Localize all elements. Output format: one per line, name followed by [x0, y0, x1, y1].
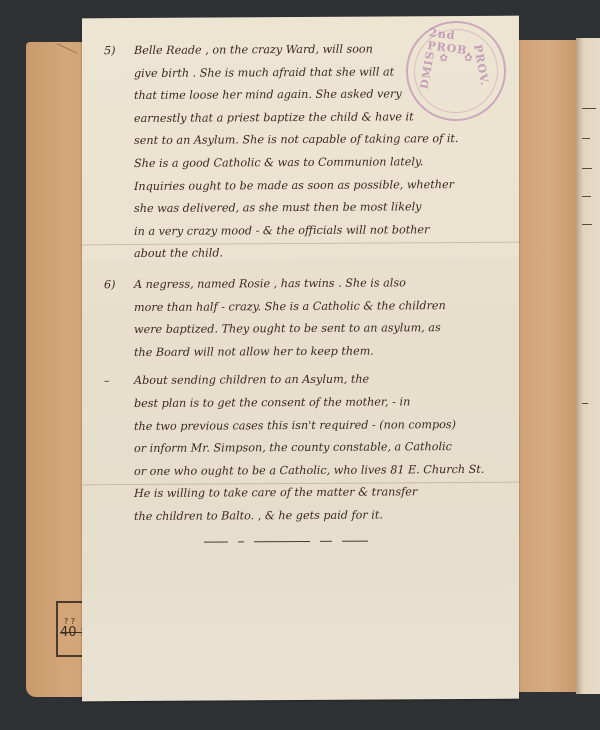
- text-line: the children to Balto. , & he gets paid …: [104, 504, 509, 529]
- text-line: or inform Mr. Simpson, the county consta…: [104, 436, 509, 461]
- text-line: earnestly that a priest baptize the chil…: [104, 106, 509, 131]
- text-line: she was delivered, as she must then be m…: [104, 196, 509, 221]
- text-line: that time loose her mind again. She aske…: [104, 83, 509, 108]
- text-line: give birth . She is much afraid that she…: [104, 60, 509, 85]
- letter-body: 5)Belle Reade , on the crazy Ward, will …: [104, 38, 509, 544]
- closing-dashes: [204, 540, 509, 543]
- text-line: were baptized. They ought to be sent to …: [104, 317, 509, 342]
- text-line: more than half - crazy. She is a Catholi…: [104, 294, 509, 319]
- text-line: She is a good Catholic & was to Communio…: [104, 151, 509, 176]
- text-line: A negress, named Rosie , has twins . She…: [134, 276, 406, 291]
- text-line: in a very crazy mood - & the officials w…: [104, 218, 509, 243]
- text-line: the Board will not allow her to keep the…: [104, 339, 509, 364]
- text-line: Inquiries ought to be made as soon as po…: [104, 173, 509, 198]
- text-line: best plan is to get the consent of the m…: [104, 391, 509, 416]
- paragraph-number: 6): [104, 274, 134, 297]
- adjacent-page-edge: [576, 38, 600, 694]
- paragraph-dash: –: [104, 370, 134, 393]
- text-line: He is willing to take care of the matter…: [104, 481, 509, 506]
- text-line: about the child.: [104, 241, 509, 266]
- handwritten-letter-page: 2nd PROB. PROV. DMIS ✿ ✿ 5)Belle Reade ,…: [82, 16, 519, 702]
- text-line: About sending children to an Asylum, the: [134, 373, 369, 387]
- paragraph-asylum-note: –About sending children to an Asylum, th…: [104, 368, 509, 529]
- paragraph-5: 5)Belle Reade , on the crazy Ward, will …: [104, 38, 509, 266]
- paragraph-6: 6)A negress, named Rosie , has twins . S…: [104, 272, 509, 365]
- text-line: Belle Reade , on the crazy Ward, will so…: [134, 43, 373, 57]
- text-line: the two previous cases this isn't requir…: [104, 413, 509, 438]
- paragraph-number: 5): [104, 40, 134, 63]
- text-line: sent to an Asylum. She is not capable of…: [104, 128, 509, 153]
- text-line: or one who ought to be a Catholic, who l…: [104, 458, 509, 483]
- folder-cover-right: [518, 40, 576, 692]
